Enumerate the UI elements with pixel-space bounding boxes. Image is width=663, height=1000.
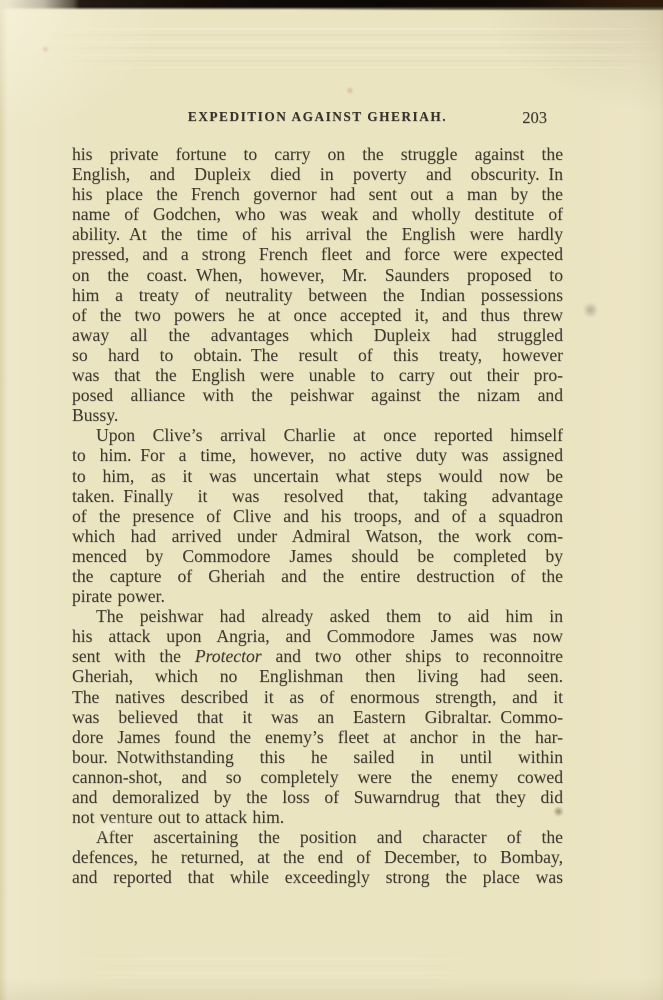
text-line: Bussy. [72, 405, 563, 425]
text-line: to him, as it was uncertain what steps w… [72, 466, 563, 486]
text-line: on the coast. When, however, Mr. Saunder… [72, 265, 563, 285]
text-segment: and reported that while exceedingly stro… [72, 867, 563, 887]
text-line: of the presence of Clive and his troops,… [72, 506, 563, 526]
text-segment: name of Godchen, who was weak and wholly… [72, 204, 563, 224]
text-segment: to him, as it was uncertain what steps w… [72, 466, 563, 486]
text-segment: Upon Clive’s arrival Charlie at once rep… [96, 425, 563, 445]
text-line: him a treaty of neutrality between the I… [72, 285, 563, 305]
text-line: The peishwar had already asked them to a… [72, 606, 563, 626]
text-segment: defences, he returned, at the end of Dec… [72, 847, 563, 867]
text-line: pirate power. [72, 586, 563, 606]
page-number: 203 [522, 108, 547, 128]
text-line: his attack upon Angria, and Commodore Ja… [72, 626, 563, 646]
pink-speck [346, 87, 354, 94]
text-segment: dore James found the enemy’s fleet at an… [72, 727, 563, 747]
text-line: After ascertaining the position and char… [72, 827, 563, 847]
text-segment: menced by Commodore James should be comp… [72, 546, 563, 566]
text-segment: of the presence of Clive and his troops,… [72, 506, 563, 526]
text-segment: pressed, and a strong French fleet and f… [72, 244, 563, 264]
text-line: and demoralized by the loss of Suwarndru… [72, 787, 563, 807]
text-line: bour. Notwithstanding this he sailed in … [72, 747, 563, 767]
text-segment: English, and Dupleix died in poverty and… [72, 164, 563, 184]
text-line: was that the English were unable to carr… [72, 365, 563, 385]
text-segment: sent with the [72, 646, 195, 666]
text-line: English, and Dupleix died in poverty and… [72, 164, 563, 184]
text-line: sent with the Protector and two other sh… [72, 646, 563, 666]
running-header: EXPEDITION AGAINST GHERIAH. 203 [72, 110, 563, 132]
text-segment: on the coast. When, however, Mr. Saunder… [72, 265, 563, 285]
italic-text: Protector [195, 646, 262, 666]
text-line: pressed, and a strong French fleet and f… [72, 244, 563, 264]
paragraph: Upon Clive’s arrival Charlie at once rep… [72, 425, 563, 606]
gray-smudge [584, 301, 597, 319]
text-line: defences, he returned, at the end of Dec… [72, 847, 563, 867]
text-segment: not venture out to attack him. [72, 807, 284, 827]
text-line: his private fortune to carry on the stru… [72, 144, 563, 164]
paragraph: his private fortune to carry on the stru… [72, 144, 563, 425]
text-segment: was that the English were unable to carr… [72, 365, 563, 385]
text-line: away all the advantages which Dupleix ha… [72, 325, 563, 345]
text-segment: and two other ships to reconnoitre [262, 646, 563, 666]
text-line: was believed that it was an Eastern Gibr… [72, 707, 563, 727]
text-segment: which had arrived under Admiral Watson, … [72, 526, 563, 546]
text-segment: Gheriah, which no Englishman then living… [72, 666, 563, 686]
text-segment: his place the French governor had sent o… [72, 184, 563, 204]
text-segment: The peishwar had already asked them to a… [96, 606, 563, 626]
text-segment: taken. Finally it was resolved that, tak… [72, 486, 563, 506]
text-segment: the capture of Gheriah and the entire de… [72, 566, 563, 586]
text-segment: away all the advantages which Dupleix ha… [72, 325, 563, 345]
text-line: Upon Clive’s arrival Charlie at once rep… [72, 425, 563, 445]
text-segment: ability. At the time of his arrival the … [72, 224, 563, 244]
paragraph: After ascertaining the position and char… [72, 827, 563, 887]
text-segment: The natives described it as of enormous … [72, 687, 563, 707]
text-line: his place the French governor had sent o… [72, 184, 563, 204]
text-line: dore James found the enemy’s fleet at an… [72, 727, 563, 747]
text-segment: his private fortune to carry on the stru… [72, 144, 563, 164]
text-line: The natives described it as of enormous … [72, 687, 563, 707]
text-line: posed alliance with the peishwar against… [72, 385, 563, 405]
book-top-edge-line [298, 7, 663, 10]
text-segment: pirate power. [72, 586, 165, 606]
text-line: which had arrived under Admiral Watson, … [72, 526, 563, 546]
text-line: Gheriah, which no Englishman then living… [72, 666, 563, 686]
text-line: not venture out to attack him. [72, 807, 563, 827]
scanned-book-page: EXPEDITION AGAINST GHERIAH. 203 his priv… [0, 0, 663, 1000]
text-segment: After ascertaining the position and char… [96, 827, 563, 847]
scanner-streaks-top [40, 28, 663, 68]
text-line: the capture of Gheriah and the entire de… [72, 566, 563, 586]
paragraph: The peishwar had already asked them to a… [72, 606, 563, 827]
text-segment: of the two powers he at once accepted it… [72, 305, 563, 325]
text-segment: his attack upon Angria, and Commodore Ja… [72, 626, 563, 646]
text-line: name of Godchen, who was weak and wholly… [72, 204, 563, 224]
text-segment: and demoralized by the loss of Suwarndru… [72, 787, 563, 807]
text-line: cannon-shot, and so completely were the … [72, 767, 563, 787]
page-bottom-shade [0, 978, 663, 1000]
text-segment: so hard to obtain. The result of this tr… [72, 345, 563, 365]
text-line: and reported that while exceedingly stro… [72, 867, 563, 887]
text-line: taken. Finally it was resolved that, tak… [72, 486, 563, 506]
text-segment: to him. For a time, however, no active d… [72, 445, 563, 465]
text-line: so hard to obtain. The result of this tr… [72, 345, 563, 365]
text-segment: was believed that it was an Eastern Gibr… [72, 707, 563, 727]
text-segment: cannon-shot, and so completely were the … [72, 767, 563, 787]
text-line: ability. At the time of his arrival the … [72, 224, 563, 244]
text-segment: bour. Notwithstanding this he sailed in … [72, 747, 563, 767]
text-line: menced by Commodore James should be comp… [72, 546, 563, 566]
running-header-title: EXPEDITION AGAINST GHERIAH. [84, 110, 550, 126]
text-segment: posed alliance with the peishwar against… [72, 385, 563, 405]
text-block: his private fortune to carry on the stru… [72, 144, 563, 887]
text-segment: him a treaty of neutrality between the I… [72, 285, 563, 305]
text-line: of the two powers he at once accepted it… [72, 305, 563, 325]
text-segment: Bussy. [72, 405, 118, 425]
text-line: to him. For a time, however, no active d… [72, 445, 563, 465]
